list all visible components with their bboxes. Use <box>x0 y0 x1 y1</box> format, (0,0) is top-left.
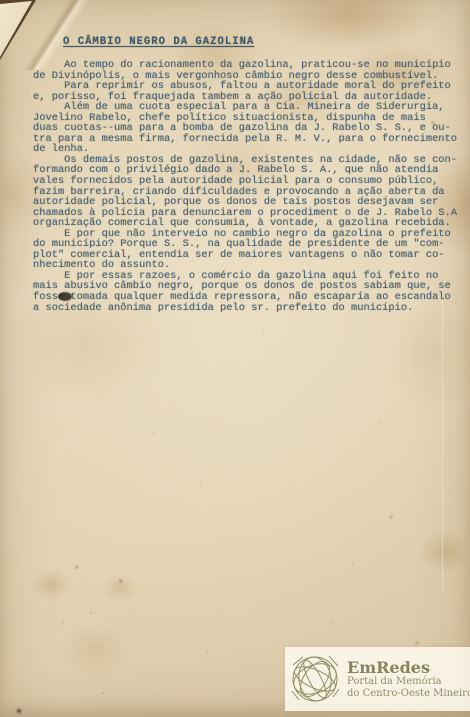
watermark-subtitle-line1: Portal da Memória <box>347 676 470 688</box>
paper-fold-corner <box>0 0 40 62</box>
typed-line: vales fornecidos pela autoridade policia… <box>33 176 470 187</box>
typed-line: tra para a mesma firma, fornecida pela R… <box>33 134 470 145</box>
ink-blot <box>58 292 72 301</box>
emredes-globe-icon <box>289 653 341 705</box>
typed-line: a sociedade anônima presidida pelo sr. p… <box>33 303 470 314</box>
document-title: O CÂMBIO NEGRO DA GAZOLINA <box>63 36 254 48</box>
vertical-crease-line <box>441 300 444 590</box>
typed-line: Ao tempo do racionamento da gazolina, pr… <box>33 60 470 71</box>
document-body: Ao tempo do racionamento da gazolina, pr… <box>33 60 470 313</box>
watermark-text: EmRedes Portal da Memória do Centro-Oest… <box>347 659 470 699</box>
typed-line: fosse tomada qualquer medida repressora,… <box>33 292 470 303</box>
scanned-document-page: O CÂMBIO NEGRO DA GAZOLINA Ao tempo do r… <box>0 0 470 717</box>
paper-stains <box>0 0 2 2</box>
watermark-brand: EmRedes <box>347 659 470 676</box>
watermark-subtitle-line2: do Centro-Oeste Mineiro <box>347 688 470 700</box>
watermark: EmRedes Portal da Memória do Centro-Oest… <box>285 647 470 711</box>
